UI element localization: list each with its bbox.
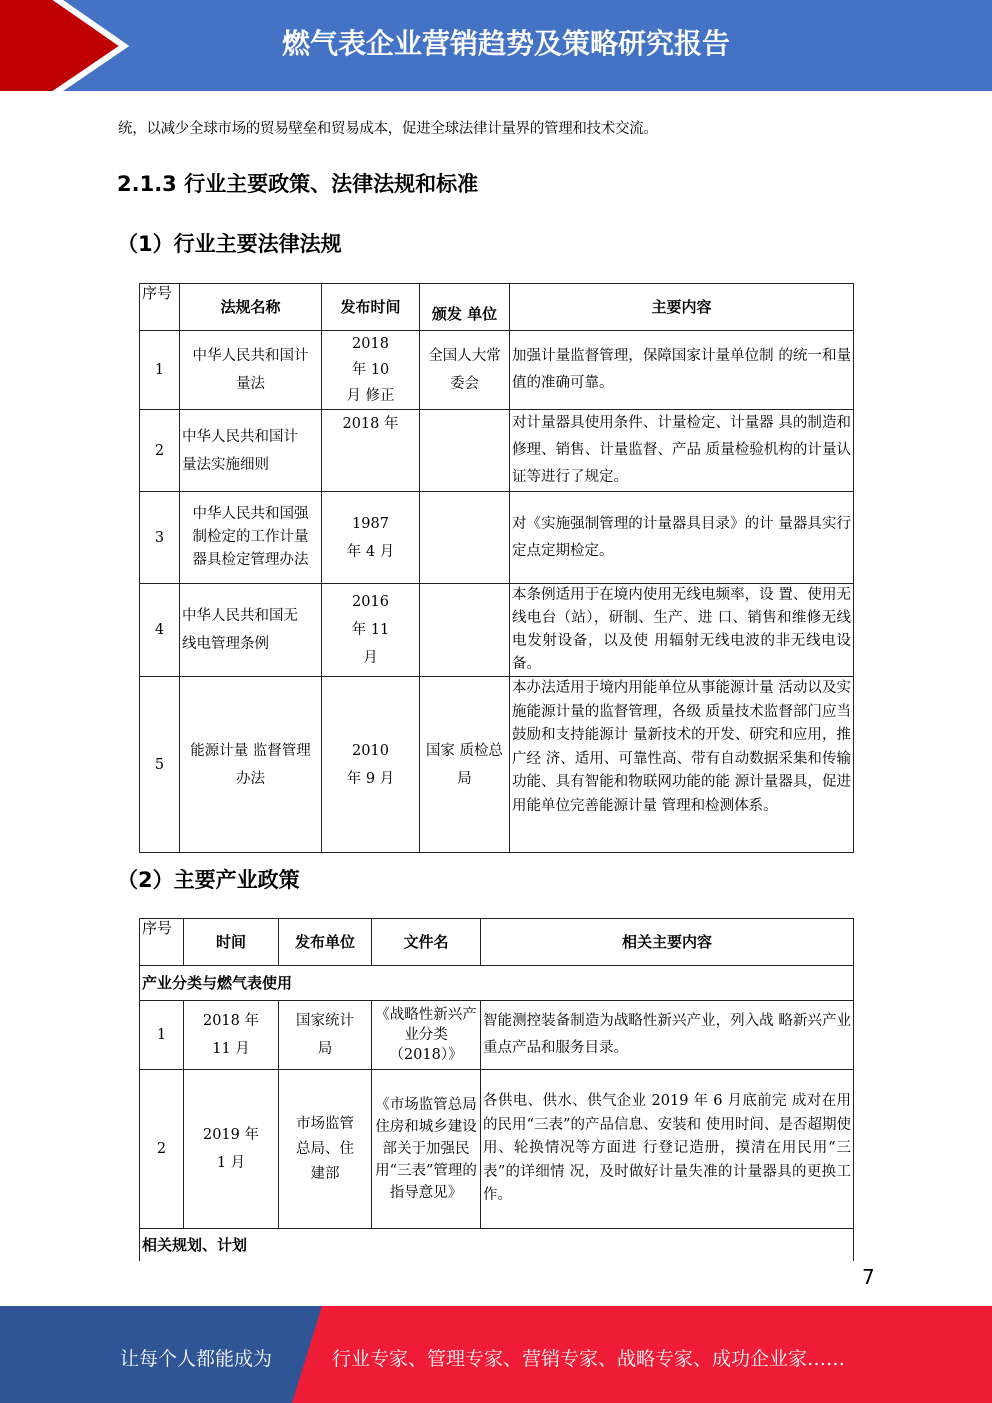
footer-slogan-left: 让每个人都能成为 [120, 1344, 272, 1371]
cell-date: 2018 年 11 月 [184, 1001, 279, 1070]
policies-table: 序号 时间 发布单位 文件名 相关主要内容 产业分类与燃气表使用 1 2018 … [139, 918, 854, 1261]
cell-content: 对《实施强制管理的计量器具目录》的计 量器具实行定点定期检定。 [510, 492, 854, 584]
cell-issuer [420, 584, 510, 677]
cell-date: 1987 年 4 月 [322, 492, 420, 584]
table-row: 1 中华人民共和国计量法 2018 年 10 月 修正 全国人大常委会 加强计量… [140, 331, 854, 410]
col-header-seq: 序号 [140, 919, 184, 966]
cell-content: 各供电、供水、供气企业 2019 年 6 月底前完 成对在用的民用“三表”的产品… [481, 1070, 854, 1229]
table-row: 3 中华人民共和国强制检定的工作计量器具检定管理办法 1987 年 4 月 对《… [140, 492, 854, 584]
intro-paragraph: 统，以减少全球市场的贸易壁垒和贸易成本，促进全球法律计量界的管理和技术交流。 [118, 117, 658, 138]
cell-date: 2010 年 9 月 [322, 677, 420, 853]
col-header-date: 发布时间 [322, 284, 420, 331]
cell-issuer [420, 492, 510, 584]
cell-name: 中华人民共和国强制检定的工作计量器具检定管理办法 [180, 492, 322, 584]
cell-content: 智能测控装备制造为战略性新兴产业，列入战 略新兴产业重点产品和服务目录。 [481, 1001, 854, 1070]
report-title: 燃气表企业营销趋势及策略研究报告 [0, 22, 992, 62]
table-row: 5 能源计量 监督管理办法 2010 年 9 月 国家 质检总局 本办法适用于境… [140, 677, 854, 853]
cell-date: 2018 年 10 月 修正 [322, 331, 420, 410]
table-header-row: 序号 时间 发布单位 文件名 相关主要内容 [140, 919, 854, 966]
cell-content: 本条例适用于在境内使用无线电频率，设 置、使用无线电台（站），研制、生产、进 口… [510, 584, 854, 677]
cell-content: 加强计量监督管理，保障国家计量单位制 的统一和量值的准确可靠。 [510, 331, 854, 410]
table-row: 2 中华人民共和国计量法实施细则 2018 年 对计量器具使用条件、计量检定、计… [140, 410, 854, 492]
table-row: 1 2018 年 11 月 国家统计局 《战略性新兴产业分类（2018）》 智能… [140, 1001, 854, 1070]
cell-seq: 1 [140, 1001, 184, 1070]
cell-content: 对计量器具使用条件、计量检定、计量器 具的制造和修理、销售、计量监督、产品 质量… [510, 410, 854, 492]
group-label-industry-classification: 产业分类与燃气表使用 [140, 966, 854, 1001]
page-footer: 让每个人都能成为 行业专家、管理专家、营销专家、战略专家、成功企业家…… [0, 1306, 992, 1403]
subsection-heading-laws: （1）行业主要法律法规 [117, 228, 342, 258]
cell-seq: 5 [140, 677, 180, 853]
cell-date: 2016 年 11 月 [322, 584, 420, 677]
cell-seq: 1 [140, 331, 180, 410]
col-header-doc: 文件名 [372, 919, 481, 966]
group-row: 相关规划、计划 [140, 1229, 854, 1261]
group-label-plans: 相关规划、计划 [140, 1229, 854, 1261]
cell-date: 2018 年 [322, 410, 420, 492]
group-row: 产业分类与燃气表使用 [140, 966, 854, 1001]
col-header-content: 相关主要内容 [481, 919, 854, 966]
cell-seq: 4 [140, 584, 180, 677]
cell-date: 2019 年 1 月 [184, 1070, 279, 1229]
cell-name: 能源计量 监督管理办法 [180, 677, 322, 853]
cell-issuer: 市场监管总局、住建部 [279, 1070, 372, 1229]
table-row: 4 中华人民共和国无线电管理条例 2016 年 11 月 本条例适用于在境内使用… [140, 584, 854, 677]
laws-table: 序号 法规名称 发布时间 颁发 单位 主要内容 1 中华人民共和国计量法 201… [139, 283, 854, 853]
cell-seq: 2 [140, 410, 180, 492]
col-header-issuer: 颁发 单位 [420, 284, 510, 331]
cell-seq: 2 [140, 1070, 184, 1229]
col-header-name: 法规名称 [180, 284, 322, 331]
cell-seq: 3 [140, 492, 180, 584]
cell-doc: 《市场监管总局住房和城乡建设部关于加强民用“三表”管理的指导意见》 [372, 1070, 481, 1229]
cell-issuer: 全国人大常委会 [420, 331, 510, 410]
col-header-date: 时间 [184, 919, 279, 966]
subsection-heading-policies: （2）主要产业政策 [117, 864, 300, 894]
cell-name: 中华人民共和国计量法 [180, 331, 322, 410]
cell-issuer: 国家 质检总局 [420, 677, 510, 853]
table-header-row: 序号 法规名称 发布时间 颁发 单位 主要内容 [140, 284, 854, 331]
footer-slogan-right: 行业专家、管理专家、营销专家、战略专家、成功企业家…… [332, 1344, 845, 1371]
col-header-content: 主要内容 [510, 284, 854, 331]
page-number: 7 [862, 1265, 875, 1289]
table-row: 2 2019 年 1 月 市场监管总局、住建部 《市场监管总局住房和城乡建设部关… [140, 1070, 854, 1229]
cell-issuer [420, 410, 510, 492]
cell-doc: 《战略性新兴产业分类（2018）》 [372, 1001, 481, 1070]
page-header: 燃气表企业营销趋势及策略研究报告 [0, 0, 992, 91]
cell-content: 本办法适用于境内用能单位从事能源计量 活动以及实施能源计量的监督管理，各级 质量… [510, 677, 854, 853]
cell-name: 中华人民共和国无线电管理条例 [180, 584, 322, 677]
cell-name: 中华人民共和国计量法实施细则 [180, 410, 322, 492]
cell-issuer: 国家统计局 [279, 1001, 372, 1070]
col-header-issuer: 发布单位 [279, 919, 372, 966]
section-heading: 2.1.3 行业主要政策、法律法规和标准 [117, 168, 478, 198]
col-header-seq: 序号 [140, 284, 180, 331]
